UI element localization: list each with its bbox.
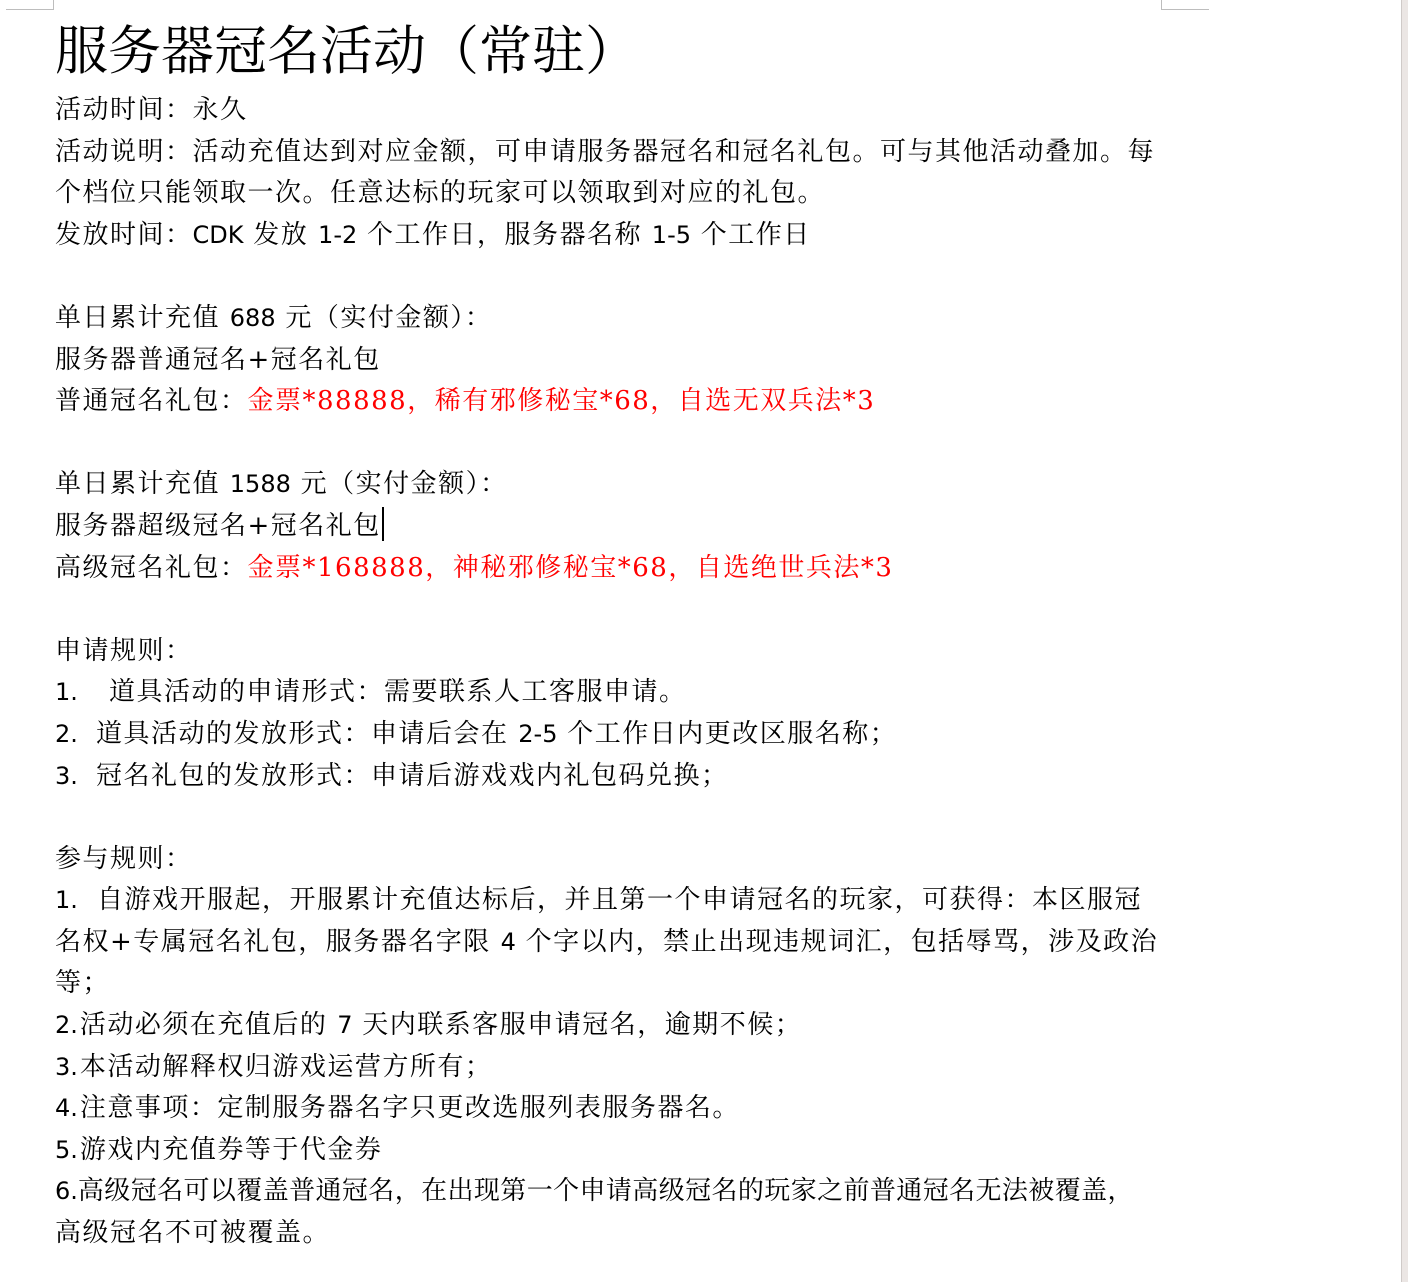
tier-heading-text: 元（实付金额）：: [285, 303, 492, 333]
blank-line: [55, 589, 1175, 631]
tier-heading-text: 单日累计充值: [55, 469, 220, 499]
participation-rules-heading: 参与规则：: [55, 839, 1175, 881]
participation-rule-item: 1.自游戏开服起，开服累计充值达标后，并且第一个申请冠名的玩家，可获得：本区服冠: [55, 880, 1175, 922]
list-text: 道具活动的发放形式：申请后会在: [96, 719, 509, 749]
list-text: 个字以内，禁止出现违规词汇，包括辱骂，涉及政治: [526, 927, 1159, 957]
list-text: 注意事项：定制服务器名字只更改选服列表服务器名。: [80, 1093, 740, 1123]
list-number: 3.: [55, 1047, 78, 1089]
activity-time-label: 活动时间：: [55, 95, 193, 125]
issue-time-label: 发放时间：: [55, 220, 193, 250]
participation-rule-item: 5.游戏内充值券等于代金券: [55, 1130, 1175, 1172]
tier-reward: 服务器超级冠名+冠名礼包: [55, 506, 1175, 548]
issue-days-server-name: 1-5: [652, 221, 691, 249]
participation-rule-item: 2.活动必须在充值后的 7 天内联系客服申请冠名，逾期不候；: [55, 1005, 1175, 1047]
application-rule-item: 3.冠名礼包的发放形式：申请后游戏戏内礼包码兑换；: [55, 756, 1175, 798]
tier-pack-label: 普通冠名礼包：: [55, 386, 248, 416]
page-gutter: [1401, 0, 1408, 1282]
tier-pack-items: 金票*88888，稀有邪修秘宝*68，自选无双兵法*3: [248, 386, 876, 416]
participation-rule-continuation: 名权+专属冠名礼包，服务器名字限 4 个字以内，禁止出现违规词汇，包括辱骂，涉及…: [55, 922, 1175, 964]
list-text: 高级冠名可以覆盖普通冠名，在出现第一个申请高级冠名的玩家之前普通冠名无法被覆盖，: [78, 1176, 1134, 1206]
list-number-value: 4: [501, 928, 516, 956]
list-text: 本活动解释权归游戏运营方所有；: [80, 1052, 493, 1082]
participation-rule-item: 6.高级冠名可以覆盖普通冠名，在出现第一个申请高级冠名的玩家之前普通冠名无法被覆…: [55, 1171, 1175, 1213]
list-text: 天内联系客服申请冠名，逾期不候；: [362, 1010, 802, 1040]
activity-description-line1: 活动说明：活动充值达到对应金额，可申请服务器冠名和冠名礼包。可与其他活动叠加。每: [55, 132, 1175, 174]
tier-reward-text: 服务器超级冠名+冠名礼包: [55, 511, 381, 541]
activity-description-text: 活动充值达到对应金额，可申请服务器冠名和冠名礼包。可与其他活动叠加。每: [193, 137, 1156, 167]
issue-time: 发放时间：CDK 发放 1-2 个工作日，服务器名称 1-5 个工作日: [55, 215, 1175, 257]
activity-description-label: 活动说明：: [55, 137, 193, 167]
text-cursor: [382, 507, 384, 541]
tier-pack: 普通冠名礼包：金票*88888，稀有邪修秘宝*68，自选无双兵法*3: [55, 381, 1175, 423]
list-text: 游戏内充值券等于代金券: [80, 1135, 383, 1165]
tier-heading: 单日累计充值 688 元（实付金额）：: [55, 298, 1175, 340]
application-rules-heading: 申请规则：: [55, 631, 1175, 673]
list-text: 自游戏开服起，开服累计充值达标后，并且第一个申请冠名的玩家，可获得：本区服冠: [97, 885, 1142, 915]
list-text: 道具活动的申请形式：需要联系人工客服申请。: [109, 677, 687, 707]
issue-cdk: CDK: [193, 221, 244, 249]
list-number: 1.: [55, 672, 109, 714]
blank-line: [55, 256, 1175, 298]
issue-text: 发放: [253, 220, 308, 250]
tier-pack: 高级冠名礼包：金票*168888，神秘邪修秘宝*68，自选绝世兵法*3: [55, 548, 1175, 590]
crop-mark-top-left: [6, 0, 54, 10]
tier-reward: 服务器普通冠名+冠名礼包: [55, 340, 1175, 382]
document-body[interactable]: 服务器冠名活动（常驻） 活动时间：永久 活动说明：活动充值达到对应金额，可申请服…: [55, 18, 1175, 1255]
list-number: 5.: [55, 1130, 78, 1172]
list-text: 冠名礼包的发放形式：申请后游戏戏内礼包码兑换；: [96, 761, 729, 791]
participation-rule-item: 3.本活动解释权归游戏运营方所有；: [55, 1047, 1175, 1089]
participation-rule-item: 4.注意事项：定制服务器名字只更改选服列表服务器名。: [55, 1088, 1175, 1130]
crop-mark-top-right: [1161, 0, 1209, 10]
tier-pack-label: 高级冠名礼包：: [55, 553, 248, 583]
tier-pack-items: 金票*168888，神秘邪修秘宝*68，自选绝世兵法*3: [248, 553, 894, 583]
blank-line: [55, 423, 1175, 465]
tier-amount: 688: [230, 304, 276, 332]
tier-amount: 1588: [230, 470, 291, 498]
document-title: 服务器冠名活动（常驻）: [55, 18, 1175, 90]
list-number: 2.: [55, 1005, 78, 1047]
list-days: 2-5: [518, 720, 557, 748]
list-number: 3.: [55, 756, 96, 798]
list-text: 活动必须在充值后的: [80, 1010, 328, 1040]
list-number: 2.: [55, 714, 96, 756]
tier-heading-text: 元（实付金额）：: [301, 469, 508, 499]
tier-heading: 单日累计充值 1588 元（实付金额）：: [55, 464, 1175, 506]
blank-line: [55, 797, 1175, 839]
participation-rule-continuation: 等；: [55, 963, 1175, 1005]
list-text: 个工作日内更改区服名称；: [567, 719, 897, 749]
list-number: 1.: [55, 880, 97, 922]
list-number: 4.: [55, 1088, 78, 1130]
participation-rule-continuation: 高级冠名不可被覆盖。: [55, 1213, 1175, 1255]
tier-heading-text: 单日累计充值: [55, 303, 220, 333]
issue-days-cdk: 1-2: [318, 221, 357, 249]
activity-description-line2: 个档位只能领取一次。任意达标的玩家可以领取到对应的礼包。: [55, 173, 1175, 215]
activity-time: 活动时间：永久: [55, 90, 1175, 132]
list-text: 名权+专属冠名礼包，服务器名字限: [55, 927, 491, 957]
document-page[interactable]: 服务器冠名活动（常驻） 活动时间：永久 活动说明：活动充值达到对应金额，可申请服…: [0, 0, 1401, 1282]
list-number: 6.: [55, 1177, 78, 1205]
application-rule-item: 2.道具活动的发放形式：申请后会在 2-5 个工作日内更改区服名称；: [55, 714, 1175, 756]
list-days: 7: [337, 1011, 352, 1039]
issue-text: 个工作日，服务器名称: [367, 220, 642, 250]
issue-text: 个工作日: [701, 220, 811, 250]
application-rule-item: 1.道具活动的申请形式：需要联系人工客服申请。: [55, 672, 1175, 714]
activity-time-value: 永久: [193, 95, 248, 125]
